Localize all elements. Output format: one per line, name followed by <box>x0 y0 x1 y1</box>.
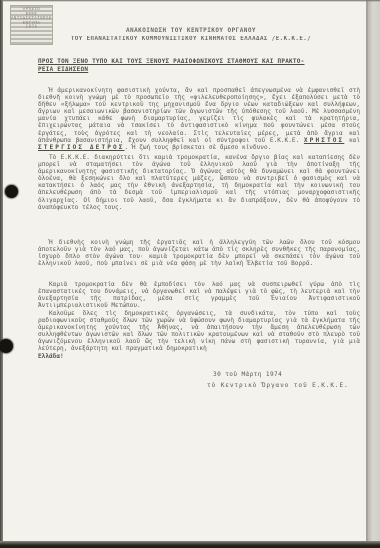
paragraph-3: Ἡ διεθνὴς κοινὴ γνώμη τῆς ἐργατιᾶς καὶ ἡ… <box>38 239 360 267</box>
paragraph-2-text: Τὸ Ε.Κ.Κ.Ε. διακηρύττει ὅτι καμιὰ τρομοκ… <box>38 154 360 211</box>
names-conjunction: καὶ <box>349 137 360 144</box>
scan-edge-top <box>0 0 380 2</box>
document-title-line1: ΑΝΑΚΟΙΝΩΣΗ ΤΟΥ ΚΕΝΤΡΙΚΟΥ ΟΡΓΑΝΟΥ <box>30 27 352 35</box>
paragraph-1-tail: . Ἡ ζωή τους βρίσκεται σὲ ἄμεσο κίνδυνο. <box>125 144 272 151</box>
signature-line: τὸ Κεντρικὸ Ὄργανο τοῦ Ε.Κ.Κ.Ε. <box>207 382 349 389</box>
punch-hole-dot-top <box>5 185 18 198</box>
paragraph-1: Ἡ ἀμερικανοκίνητη φασιστικὴ χούντα, ἂν κ… <box>38 87 360 151</box>
document-title-line2: ΤΟΥ ΕΠΑΝΑΣΤΑΤΙΚΟΥ ΚΟΜΜΟΥΝΙΣΤΙΚΟΥ ΚΙΝΗΜΑΤ… <box>30 35 352 43</box>
scan-edge-left <box>0 0 3 548</box>
arrested-name-1: ΧΡΗΣΤΟΣ <box>304 137 344 144</box>
paragraph-4: Καμιὰ τρομοκρατία δὲν θὰ ἐμποδίσει τὸν λ… <box>38 281 360 309</box>
paper-edge-shadow <box>366 0 368 548</box>
date-line: 30 τοῦ Μάρτη 1974 <box>213 371 282 378</box>
scan-edge-right <box>368 0 380 548</box>
scan-edge-bottom <box>0 541 380 548</box>
subject-line2: ΡΕΙΑ ΕΙΔΗΣΕΩΝ <box>38 66 88 73</box>
paragraph-2: Τὸ Ε.Κ.Κ.Ε. διακηρύττει ὅτι καμιὰ τρομοκ… <box>38 154 360 211</box>
punch-hole-dot-bottom <box>0 339 13 353</box>
paragraph-4-text: Καμιὰ τρομοκρατία δὲν θὰ ἐμποδίσει τὸν λ… <box>38 281 360 309</box>
paragraph-1-text: Ἡ ἀμερικανοκίνητη φασιστικὴ χούντα, ἂν κ… <box>38 87 360 144</box>
arrested-name-2: ΣΤΕΡΓΙΟΣ ΔΕΤΡΟΣ <box>38 144 125 151</box>
paragraph-5: Καλοῦμε ὅλες τὶς δημοκρατικὲς ὀργανώσεις… <box>38 310 360 360</box>
scanned-document-page: ΑΡΧΕΙΟ ΕΚΚΕ ΑΝΤΙΔΙΚΤΑΤΟΡΙΚΑ ΕΝΤΥΠΑ 1974 … <box>0 0 380 548</box>
paragraph-3-text: Ἡ διεθνὴς κοινὴ γνώμη τῆς ἐργατιᾶς καὶ ἡ… <box>38 239 360 267</box>
closing-exclamation: Ἑλλάδα! <box>38 353 360 360</box>
subject-heading: ΠΡΟΣ ΤΟΝ ΞΕΝΟ ΤΥΠΟ ΚΑΙ ΤΟΥΣ ΞΕΝΟΥΣ ΡΑΔΙΟ… <box>38 58 356 74</box>
paragraph-5-text: Καλοῦμε ὅλες τὶς δημοκρατικὲς ὀργανώσεις… <box>38 310 360 352</box>
subject-line1: ΠΡΟΣ ΤΟΝ ΞΕΝΟ ΤΥΠΟ ΚΑΙ ΤΟΥΣ ΞΕΝΟΥΣ ΡΑΔΙΟ… <box>38 58 305 65</box>
